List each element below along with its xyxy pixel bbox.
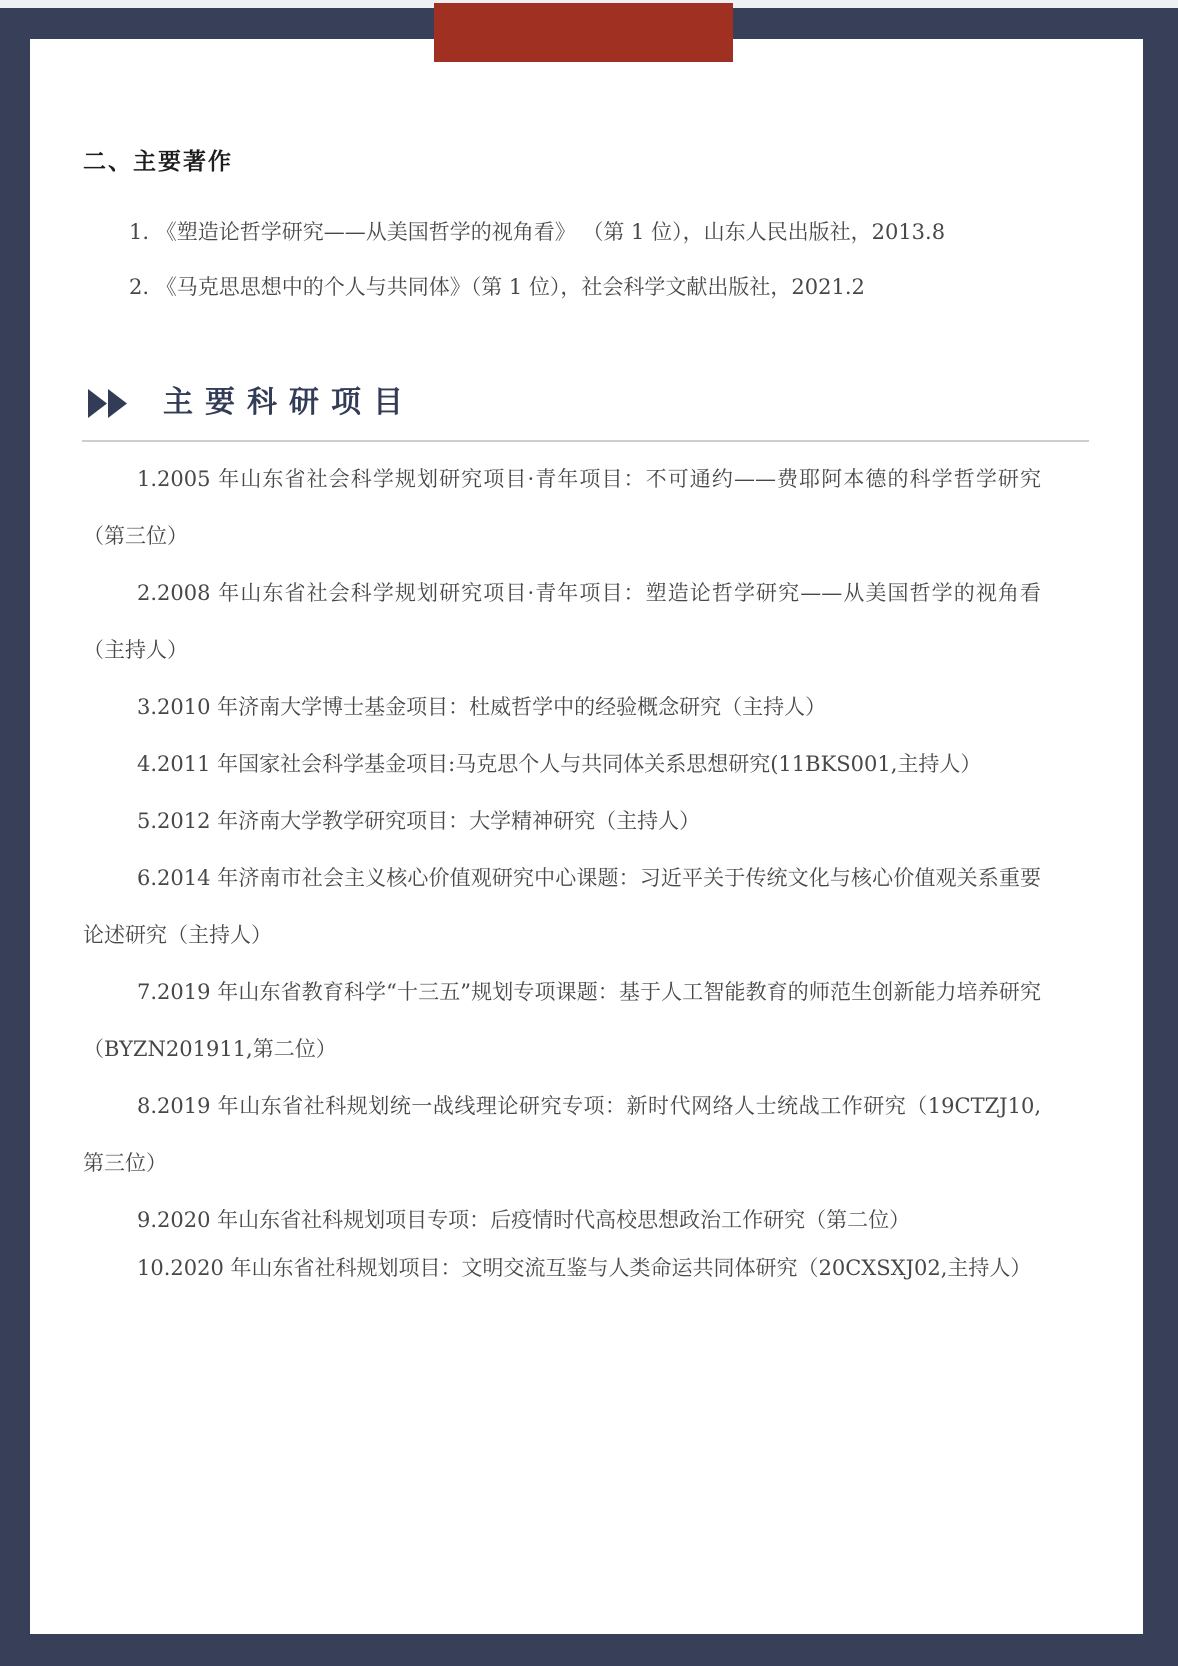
project-item: 6.2014 年济南市社会主义核心价值观研究中心课题：习近平关于传统文化与核心价… xyxy=(83,850,1041,964)
project-item: 4.2011 年国家社会科学基金项目:马克思个人与共同体关系思想研究(11BKS… xyxy=(83,736,1041,793)
double-right-chevron-icon xyxy=(88,389,128,418)
project-item: 9.2020 年山东省社科规划项目专项：后疫情时代高校思想政治工作研究（第二位） xyxy=(83,1192,1041,1249)
works-section-heading: 二、主要著作 xyxy=(83,145,233,177)
section-divider-line xyxy=(82,440,1089,442)
project-item: 8.2019 年山东省社科规划统一战线理论研究专项：新时代网络人士统战工作研究（… xyxy=(83,1078,1041,1192)
project-item: 10.2020 年山东省社科规划项目：文明交流互鉴与人类命运共同体研究（20CX… xyxy=(83,1249,1041,1287)
chevron-right-icon xyxy=(108,389,127,418)
chevron-right-icon xyxy=(88,389,107,418)
works-list: 1. 《塑造论哲学研究——从美国哲学的视角看》 （第 1 位），山东人民出版社，… xyxy=(83,205,1073,315)
projects-list: 1.2005 年山东省社会科学规划研究项目·青年项目：不可通约——费耶阿本德的科… xyxy=(83,451,1041,1287)
top-red-accent-block xyxy=(434,3,733,62)
project-item: 5.2012 年济南大学教学研究项目：大学精神研究（主持人） xyxy=(83,793,1041,850)
project-item: 2.2008 年山东省社会科学规划研究项目·青年项目：塑造论哲学研究——从美国哲… xyxy=(83,565,1041,679)
works-list-item: 2. 《马克思思想中的个人与共同体》（第 1 位），社会科学文献出版社，2021… xyxy=(83,260,1073,315)
document-page: 二、主要著作 1. 《塑造论哲学研究——从美国哲学的视角看》 （第 1 位），山… xyxy=(30,39,1143,1634)
projects-section-title: 主要科研项目 xyxy=(163,385,415,421)
project-item: 7.2019 年山东省教育科学“十三五”规划专项课题：基于人工智能教育的师范生创… xyxy=(83,964,1041,1078)
project-item: 3.2010 年济南大学博士基金项目：杜威哲学中的经验概念研究（主持人） xyxy=(83,679,1041,736)
works-list-item: 1. 《塑造论哲学研究——从美国哲学的视角看》 （第 1 位），山东人民出版社，… xyxy=(83,205,1073,260)
project-item: 1.2005 年山东省社会科学规划研究项目·青年项目：不可通约——费耶阿本德的科… xyxy=(83,451,1041,565)
